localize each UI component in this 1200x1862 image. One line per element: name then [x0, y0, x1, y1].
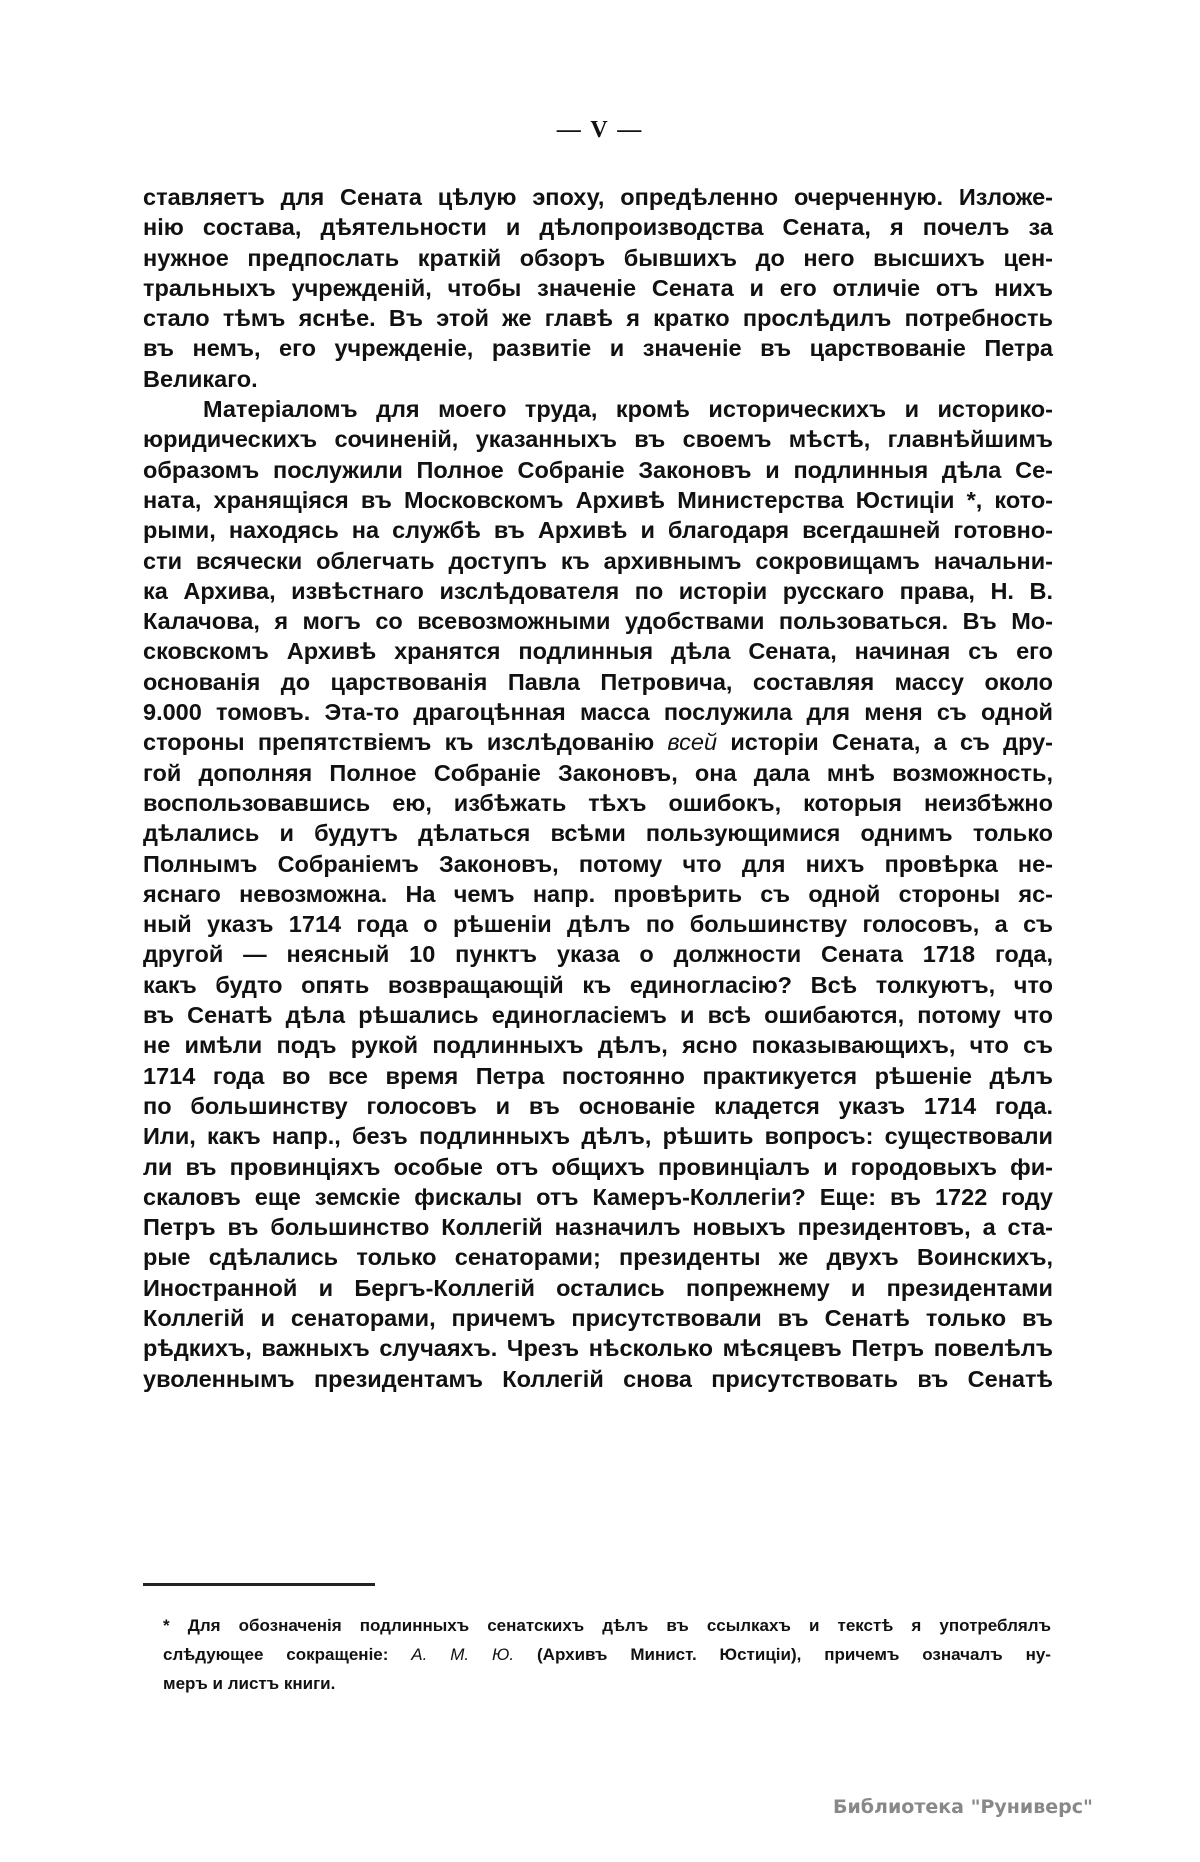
text-line: сковскомъ Архивѣ хранятся подлинныя дѣла… [143, 636, 1053, 666]
text-line: 1714 года во все время Петра постоянно п… [143, 1061, 1053, 1091]
text-segment: слѣдующее сокращеніе: [163, 1645, 388, 1664]
text-line: ната, хранящіяся въ Московскомъ Архивѣ М… [143, 485, 1053, 515]
text-line: скаловъ еще земскіе фискалы отъ Камеръ-К… [143, 1182, 1053, 1212]
footnote-line: слѣдующее сокращеніе: А. М. Ю. (Архивъ М… [163, 1640, 1051, 1669]
book-page: — V — ставляетъ для Сената цѣлую эпоху, … [0, 0, 1200, 1862]
text-line: основанія до царствованія Павла Петрович… [143, 667, 1053, 697]
text-line: образомъ послужили Полное Собраніе Закон… [143, 455, 1053, 485]
footnote-line: * Для обозначенія подлинныхъ сенатскихъ … [163, 1611, 1051, 1640]
footnote: * Для обозначенія подлинныхъ сенатскихъ … [163, 1611, 1051, 1698]
text-line: въ немъ, его учрежденіе, развитіе и знач… [143, 333, 1053, 363]
text-line: какъ будто опять возвращающій къ единогл… [143, 970, 1053, 1000]
text-line: дѣлались и будутъ дѣлаться всѣми пользую… [143, 818, 1053, 848]
text-line: рыми, находясь на службѣ въ Архивѣ и бла… [143, 515, 1053, 545]
italic-abbreviation: А. М. Ю. [411, 1645, 514, 1664]
text-line: рѣдкихъ, важныхъ случаяхъ. Чрезъ нѣсколь… [143, 1333, 1053, 1363]
text-line: сти всячески облегчать доступъ къ архивн… [143, 546, 1053, 576]
text-line: въ Сенатѣ дѣла рѣшались единогласіемъ и … [143, 1000, 1053, 1030]
text-line: юридическихъ сочиненій, указанныхъ въ св… [143, 424, 1053, 454]
text-line: Полнымъ Собраніемъ Законовъ, потому что … [143, 849, 1053, 879]
text-line: уволеннымъ президентамъ Коллегій снова п… [143, 1364, 1053, 1394]
text-line: по большинству голосовъ и въ основаніе к… [143, 1091, 1053, 1121]
text-line: Петръ въ большинство Коллегій назначилъ … [143, 1212, 1053, 1242]
text-line: воспользовавшись ею, избѣжать тѣхъ ошибо… [143, 788, 1053, 818]
text-line: Великаго. [143, 364, 1053, 394]
text-line: Коллегій и сенаторами, причемъ присутств… [143, 1303, 1053, 1333]
text-line: другой — неясный 10 пунктъ указа о должн… [143, 939, 1053, 969]
page-number: — V — [0, 117, 1200, 144]
text-segment: стороны препятствіемъ къ изслѣдованію [143, 729, 654, 755]
text-line: ли въ провинціяхъ особые отъ общихъ пров… [143, 1152, 1053, 1182]
text-line: 9.000 томовъ. Эта-то драгоцѣнная масса п… [143, 697, 1053, 727]
paragraph-start-line: Матеріаломъ для моего труда, кромѣ истор… [143, 394, 1053, 424]
text-line: нію состава, дѣятельности и дѣлопроизвод… [143, 212, 1053, 242]
text-segment: (Архивъ Минист. Юстиціи), причемъ означа… [537, 1645, 1051, 1664]
text-line: ный указъ 1714 года о рѣшеніи дѣлъ по бо… [143, 909, 1053, 939]
text-line: гой дополняя Полное Собраніе Законовъ, о… [143, 758, 1053, 788]
footnote-line: меръ и листъ книги. [163, 1669, 1051, 1698]
text-line: яснаго невозможна. На чемъ напр. провѣри… [143, 879, 1053, 909]
italic-emphasis: всей [667, 729, 717, 755]
text-line: ставляетъ для Сената цѣлую эпоху, опредѣ… [143, 182, 1053, 212]
text-line: Или, какъ напр., безъ подлинныхъ дѣлъ, р… [143, 1121, 1053, 1151]
text-line: рые сдѣлались только сенаторами; президе… [143, 1242, 1053, 1272]
text-line: ка Архива, извѣстнаго изслѣдователя по и… [143, 576, 1053, 606]
main-text: ставляетъ для Сената цѣлую эпоху, опредѣ… [143, 182, 1053, 1394]
text-line: стало тѣмъ яснѣе. Въ этой же главѣ я кра… [143, 303, 1053, 333]
text-line-with-italic: стороны препятствіемъ къ изслѣдованію вс… [143, 727, 1053, 757]
text-segment: исторіи Сената, а съ дру- [730, 729, 1053, 755]
text-line: нужное предпослать краткій обзоръ бывших… [143, 243, 1053, 273]
text-line: Иностранной и Бергъ-Коллегій остались по… [143, 1273, 1053, 1303]
text-line: не имѣли подъ рукой подлинныхъ дѣлъ, ясн… [143, 1030, 1053, 1060]
library-watermark: Библиотека "Руниверс" [833, 1796, 1093, 1818]
text-line: Калачова, я могъ со всевозможными удобст… [143, 606, 1053, 636]
footnote-divider [143, 1583, 375, 1586]
text-line: тральныхъ учрежденій, чтобы значеніе Сен… [143, 273, 1053, 303]
